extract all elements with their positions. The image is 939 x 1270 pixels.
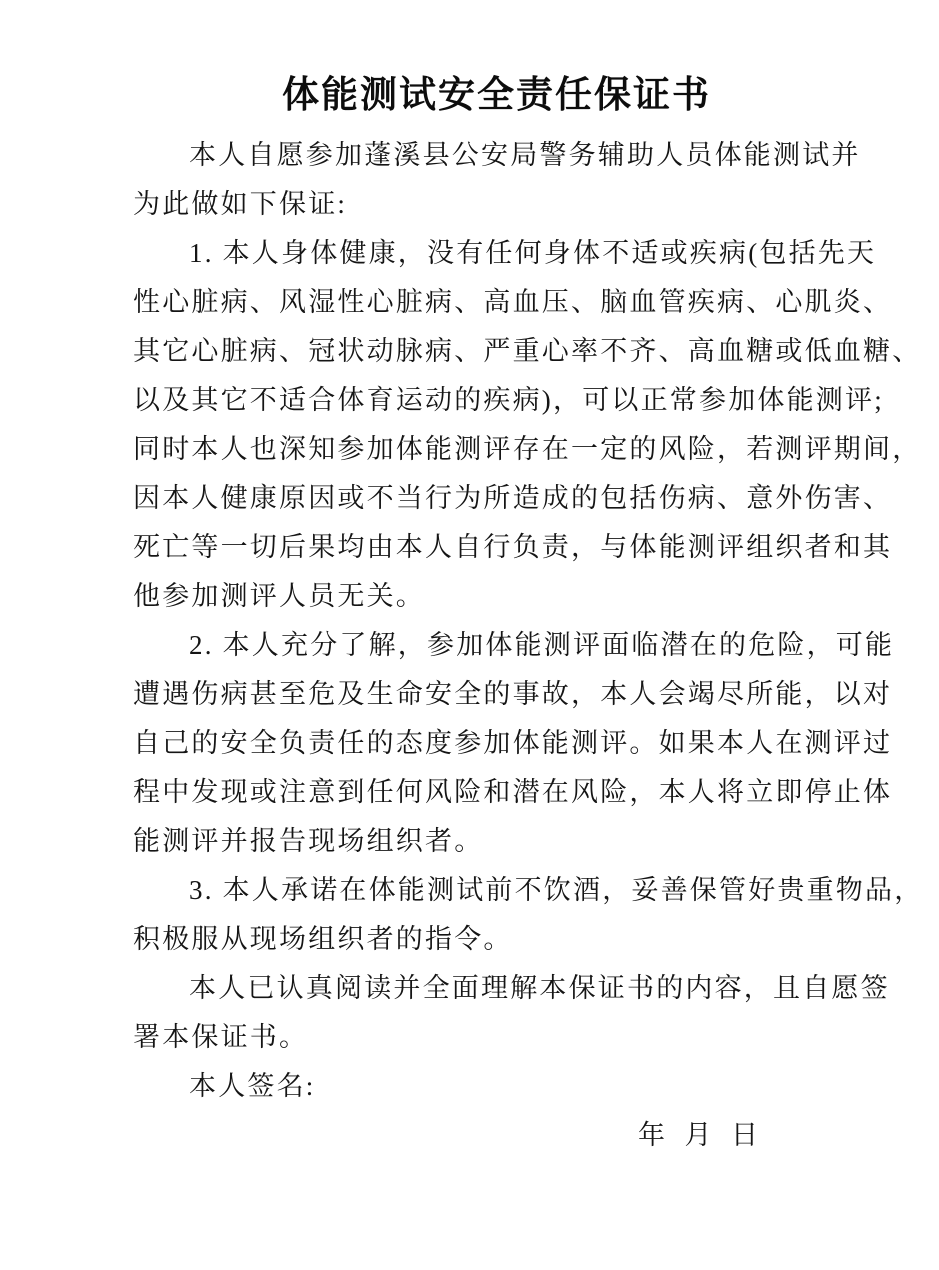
text-line: 署本保证书。	[133, 1013, 860, 1062]
document-body: 本人自愿参加蓬溪县公安局警务辅助人员体能测试并为此做如下保证:1. 本人身体健康…	[133, 131, 860, 1160]
text-line: 死亡等一切后果均由本人自行负责，与体能测评组织者和其	[133, 523, 860, 572]
text-line: 他参加测评人员无关。	[133, 572, 860, 621]
text-line: 程中发现或注意到任何风险和潜在风险，本人将立即停止体	[133, 768, 860, 817]
document-page: 体能测试安全责任保证书 本人自愿参加蓬溪县公安局警务辅助人员体能测试并为此做如下…	[0, 0, 939, 1270]
text-line: 同时本人也深知参加体能测评存在一定的风险，若测评期间，	[133, 425, 860, 474]
date-line: 年 月 日	[133, 1111, 860, 1160]
text-line: 3. 本人承诺在体能测试前不饮酒，妥善保管好贵重物品，	[133, 866, 860, 915]
text-line: 其它心脏病、冠状动脉病、严重心率不齐、高血糖或低血糖、	[133, 327, 860, 376]
text-line: 性心脏病、风湿性心脏病、高血压、脑血管疾病、心肌炎、	[133, 278, 860, 327]
text-line: 因本人健康原因或不当行为所造成的包括伤病、意外伤害、	[133, 474, 860, 523]
text-line: 能测评并报告现场组织者。	[133, 817, 860, 866]
document-title: 体能测试安全责任保证书	[133, 68, 860, 122]
text-line: 积极服从现场组织者的指令。	[133, 915, 860, 964]
text-line: 本人自愿参加蓬溪县公安局警务辅助人员体能测试并	[133, 131, 860, 180]
text-line: 为此做如下保证:	[133, 180, 860, 229]
text-line: 2. 本人充分了解，参加体能测评面临潜在的危险，可能	[133, 621, 860, 670]
text-line: 以及其它不适合体育运动的疾病)，可以正常参加体能测评;	[133, 376, 860, 425]
text-line: 遭遇伤病甚至危及生命安全的事故，本人会竭尽所能，以对	[133, 670, 860, 719]
text-line: 1. 本人身体健康，没有任何身体不适或疾病(包括先天	[133, 229, 860, 278]
text-line: 自己的安全负责任的态度参加体能测评。如果本人在测评过	[133, 719, 860, 768]
text-line: 本人已认真阅读并全面理解本保证书的内容，且自愿签	[133, 964, 860, 1013]
text-line: 本人签名:	[133, 1062, 860, 1111]
